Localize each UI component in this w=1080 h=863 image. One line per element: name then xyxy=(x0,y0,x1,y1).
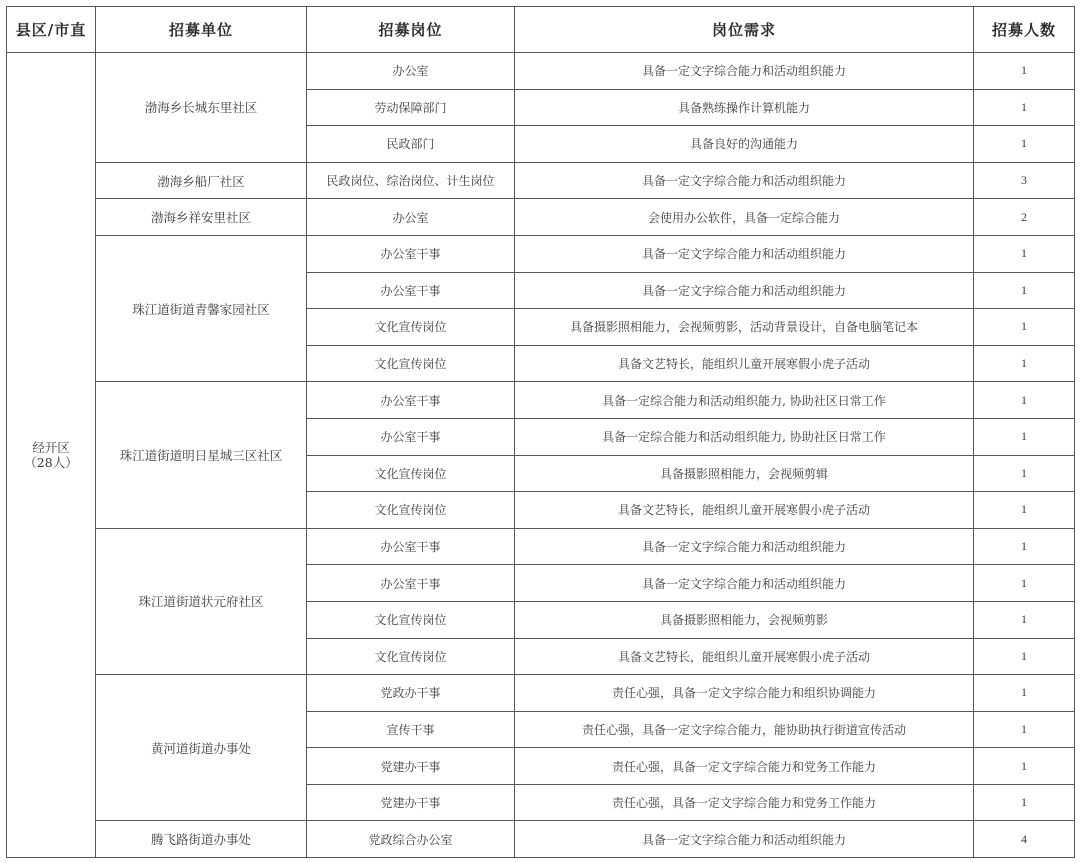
position-cell: 办公室干事 xyxy=(307,418,515,455)
table-row: 经开区 （28人） 渤海乡长城东里社区 办公室 具备一定文字综合能力和活动组织能… xyxy=(7,53,1075,90)
position-cell: 党建办干事 xyxy=(307,748,515,785)
requirement-cell: 具备文艺特长，能组织儿童开展寒假小虎子活动 xyxy=(515,345,974,382)
count-cell: 4 xyxy=(974,821,1075,858)
unit-name: 珠江道街道状元府社区 xyxy=(96,528,307,674)
requirement-cell: 具备文艺特长，能组织儿童开展寒假小虎子活动 xyxy=(515,492,974,529)
count-cell: 1 xyxy=(974,126,1075,163)
requirement-cell: 具备文艺特长，能组织儿童开展寒假小虎子活动 xyxy=(515,638,974,675)
requirement-cell: 具备良好的沟通能力 xyxy=(515,126,974,163)
count-cell: 1 xyxy=(974,784,1075,821)
district-total: （28人） xyxy=(24,455,77,470)
requirement-cell: 具备一定综合能力和活动组织能力, 协助社区日常工作 xyxy=(515,418,974,455)
count-cell: 1 xyxy=(974,309,1075,346)
district-cell: 经开区 （28人） xyxy=(7,53,96,858)
table-row: 渤海乡船厂社区 民政岗位、综治岗位、计生岗位 具备一定文字综合能力和活动组织能力… xyxy=(7,162,1075,199)
unit-name: 渤海乡船厂社区 xyxy=(96,162,307,199)
position-cell: 文化宣传岗位 xyxy=(307,601,515,638)
position-cell: 民政部门 xyxy=(307,126,515,163)
requirement-cell: 具备摄影照相能力，会视频剪辑 xyxy=(515,455,974,492)
count-cell: 1 xyxy=(974,345,1075,382)
unit-name: 渤海乡长城东里社区 xyxy=(96,53,307,163)
count-cell: 1 xyxy=(974,382,1075,419)
unit-name: 腾飞路街道办事处 xyxy=(96,821,307,858)
header-unit: 招募单位 xyxy=(96,7,307,53)
count-cell: 1 xyxy=(974,748,1075,785)
count-cell: 1 xyxy=(974,675,1075,712)
position-cell: 办公室干事 xyxy=(307,565,515,602)
position-cell: 办公室干事 xyxy=(307,272,515,309)
count-cell: 1 xyxy=(974,492,1075,529)
header-position: 招募岗位 xyxy=(307,7,515,53)
count-cell: 1 xyxy=(974,711,1075,748)
unit-name: 珠江道街道青馨家园社区 xyxy=(96,235,307,381)
count-cell: 1 xyxy=(974,89,1075,126)
unit-name: 渤海乡祥安里社区 xyxy=(96,199,307,236)
requirement-cell: 具备一定文字综合能力和活动组织能力 xyxy=(515,821,974,858)
position-cell: 办公室 xyxy=(307,53,515,90)
position-cell: 文化宣传岗位 xyxy=(307,638,515,675)
requirement-cell: 具备一定文字综合能力和活动组织能力 xyxy=(515,565,974,602)
count-cell: 1 xyxy=(974,272,1075,309)
position-cell: 党建办干事 xyxy=(307,784,515,821)
position-cell: 文化宣传岗位 xyxy=(307,309,515,346)
position-cell: 宣传干事 xyxy=(307,711,515,748)
header-district: 县区/市直 xyxy=(7,7,96,53)
table-header-row: 县区/市直 招募单位 招募岗位 岗位需求 招募人数 xyxy=(7,7,1075,53)
requirement-cell: 责任心强，具备一定文字综合能力，能协助执行街道宣传活动 xyxy=(515,711,974,748)
requirement-cell: 具备一定综合能力和活动组织能力, 协助社区日常工作 xyxy=(515,382,974,419)
table-row: 珠江道街道状元府社区 办公室干事 具备一定文字综合能力和活动组织能力 1 xyxy=(7,528,1075,565)
count-cell: 1 xyxy=(974,601,1075,638)
requirement-cell: 具备摄影照相能力，会视频剪影，活动背景设计，自备电脑笔记本 xyxy=(515,309,974,346)
header-requirement: 岗位需求 xyxy=(515,7,974,53)
count-cell: 2 xyxy=(974,199,1075,236)
requirement-cell: 具备一定文字综合能力和活动组织能力 xyxy=(515,162,974,199)
position-cell: 办公室 xyxy=(307,199,515,236)
recruitment-table-container: 县区/市直 招募单位 招募岗位 岗位需求 招募人数 经开区 （28人） 渤海乡长… xyxy=(6,6,1074,858)
count-cell: 1 xyxy=(974,455,1075,492)
requirement-cell: 责任心强，具备一定文字综合能力和组织协调能力 xyxy=(515,675,974,712)
requirement-cell: 具备一定文字综合能力和活动组织能力 xyxy=(515,272,974,309)
table-row: 渤海乡祥安里社区 办公室 会使用办公软件，具备一定综合能力 2 xyxy=(7,199,1075,236)
position-cell: 文化宣传岗位 xyxy=(307,455,515,492)
position-cell: 党政综合办公室 xyxy=(307,821,515,858)
requirement-cell: 具备摄影照相能力，会视频剪影 xyxy=(515,601,974,638)
district-name: 经开区 xyxy=(32,440,70,455)
table-row: 珠江道街道青馨家园社区 办公室干事 具备一定文字综合能力和活动组织能力 1 xyxy=(7,235,1075,272)
requirement-cell: 具备熟练操作计算机能力 xyxy=(515,89,974,126)
table-row: 腾飞路街道办事处 党政综合办公室 具备一定文字综合能力和活动组织能力 4 xyxy=(7,821,1075,858)
count-cell: 1 xyxy=(974,528,1075,565)
position-cell: 文化宣传岗位 xyxy=(307,492,515,529)
position-cell: 民政岗位、综治岗位、计生岗位 xyxy=(307,162,515,199)
position-cell: 办公室干事 xyxy=(307,528,515,565)
header-count: 招募人数 xyxy=(974,7,1075,53)
count-cell: 1 xyxy=(974,638,1075,675)
position-cell: 劳动保障部门 xyxy=(307,89,515,126)
position-cell: 文化宣传岗位 xyxy=(307,345,515,382)
requirement-cell: 具备一定文字综合能力和活动组织能力 xyxy=(515,528,974,565)
table-row: 珠江道街道明日星城三区社区 办公室干事 具备一定综合能力和活动组织能力, 协助社… xyxy=(7,382,1075,419)
position-cell: 党政办干事 xyxy=(307,675,515,712)
requirement-cell: 责任心强，具备一定文字综合能力和党务工作能力 xyxy=(515,784,974,821)
count-cell: 1 xyxy=(974,418,1075,455)
position-cell: 办公室干事 xyxy=(307,382,515,419)
unit-name: 珠江道街道明日星城三区社区 xyxy=(96,382,307,528)
requirement-cell: 具备一定文字综合能力和活动组织能力 xyxy=(515,235,974,272)
recruitment-table: 县区/市直 招募单位 招募岗位 岗位需求 招募人数 经开区 （28人） 渤海乡长… xyxy=(6,6,1075,858)
count-cell: 1 xyxy=(974,235,1075,272)
position-cell: 办公室干事 xyxy=(307,235,515,272)
requirement-cell: 具备一定文字综合能力和活动组织能力 xyxy=(515,53,974,90)
requirement-cell: 会使用办公软件，具备一定综合能力 xyxy=(515,199,974,236)
table-row: 黄河道街道办事处 党政办干事 责任心强，具备一定文字综合能力和组织协调能力 1 xyxy=(7,675,1075,712)
count-cell: 3 xyxy=(974,162,1075,199)
count-cell: 1 xyxy=(974,53,1075,90)
count-cell: 1 xyxy=(974,565,1075,602)
unit-name: 黄河道街道办事处 xyxy=(96,675,307,821)
requirement-cell: 责任心强，具备一定文字综合能力和党务工作能力 xyxy=(515,748,974,785)
